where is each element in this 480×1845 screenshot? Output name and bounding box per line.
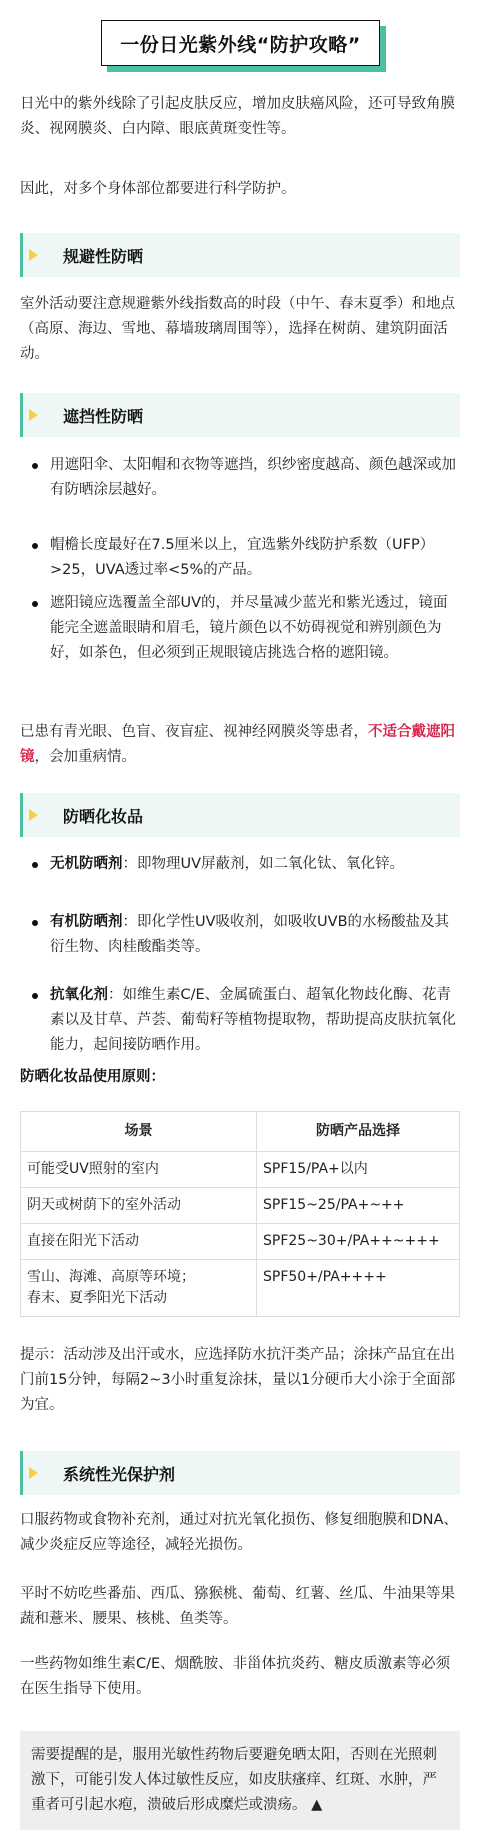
term-label: 无机防晒剂: [50, 856, 123, 872]
paragraph-text: 平时不妨吃些番茄、西瓜、猕猴桃、葡萄、红薯、丝瓜、牛油果等果蔬和薏米、腰果、核桃…: [20, 1582, 460, 1632]
warning-text: 已患有青光眼、色盲、夜盲症、视神经网膜炎等患者，: [20, 724, 368, 740]
list-item: 帽檐长度最好在7.5厘米以上，宜选紫外线防护系数（UFP）>25，UVA透过率<…: [20, 533, 460, 583]
section-heading-text: 规避性防晒: [63, 244, 143, 267]
sunscreen-usage-table: 场景 防晒产品选择 可能受UV照射的室内 SPF15/PA+以内 阴天或树荫下的…: [20, 1111, 460, 1317]
list-item: 无机防晒剂：即物理UV屏蔽剂，如二氧化钛、氧化锌。: [20, 852, 460, 877]
sunscreen-table-wrapper: 场景 防晒产品选择 可能受UV照射的室内 SPF15/PA+以内 阴天或树荫下的…: [20, 1111, 460, 1317]
list-item: 抗氧化剂：如维生素C/E、金属硫蛋白、超氧化物歧化酶、花青素以及甘草、芦荟、葡萄…: [20, 983, 460, 1058]
table-header-row: 场景 防晒产品选择: [21, 1112, 460, 1152]
triangle-marker-icon: [29, 809, 38, 821]
bullet-dot-icon: [32, 862, 38, 868]
table-cell: 可能受UV照射的室内: [21, 1152, 257, 1188]
cosmetics-bullet-2: 有机防晒剂：即化学性UV吸收剂，如吸收UVB的水杨酸盐及其衍生物、肉桂酸酯类等。: [20, 910, 460, 960]
table-row: 阴天或树荫下的室外活动 SPF15~25/PA+~++: [21, 1188, 460, 1224]
intro-text-2: 因此，对多个身体部位都要进行科学防护。: [20, 177, 460, 202]
table-cell: 雪山、海滩、高原等环境；春末、夏季阳光下活动: [21, 1260, 257, 1317]
intro-text-1: 日光中的紫外线除了引起皮肤反应，增加皮肤癌风险，还可导致角膜炎、视网膜炎、白内障…: [20, 92, 460, 142]
intro-paragraph-1: 日光中的紫外线除了引起皮肤反应，增加皮肤癌风险，还可导致角膜炎、视网膜炎、白内障…: [20, 92, 460, 142]
table-cell: 阴天或树荫下的室外活动: [21, 1188, 257, 1224]
article-title: 一份日光紫外线“防护攻略”: [101, 20, 380, 66]
table-cell: SPF15/PA+以内: [257, 1152, 460, 1188]
end-triangle-icon: ▲: [311, 1797, 322, 1813]
table-row: 雪山、海滩、高原等环境；春末、夏季阳光下活动 SPF50+/PA++++: [21, 1260, 460, 1317]
systemic-paragraph-1: 口服药物或食物补充剂，通过对抗光氧化损伤、修复细胞膜和DNA、减少炎症反应等途径…: [20, 1508, 460, 1558]
bullet-dot-icon: [32, 993, 38, 999]
bullet-dot-icon: [32, 601, 38, 607]
section-heading-avoidance: 规避性防晒: [20, 233, 460, 277]
bullet-dot-icon: [32, 920, 38, 926]
tip-text: 提示：活动涉及出汗或水，应选择防水抗汗类产品；涂抹产品宜在出门前15分钟，每隔2…: [20, 1343, 460, 1418]
blocking-bullet-list-2: 帽檐长度最好在7.5厘米以上，宜选紫外线防护系数（UFP）>25，UVA透过率<…: [20, 533, 460, 583]
table-title: 防晒化妆品使用原则：: [20, 1065, 460, 1090]
term-description: ：如维生素C/E、金属硫蛋白、超氧化物歧化酶、花青素以及甘草、芦荟、葡萄籽等植物…: [50, 987, 456, 1053]
list-item: 遮阳镜应选覆盖全部UV的，并尽量减少蓝光和紫光透过，镜面能完全遮盖眼睛和眉毛，镜…: [20, 591, 460, 666]
article-title-banner: 一份日光紫外线“防护攻略”: [101, 20, 380, 66]
term-label: 有机防晒剂: [50, 914, 123, 930]
section-avoidance-body: 室外活动要注意规避紫外线指数高的时段（中午、春末夏季）和地点（高原、海边、雪地、…: [20, 292, 460, 367]
systemic-paragraph-3: 一些药物如维生素C/E、烟酰胺、非甾体抗炎药、糖皮质激素等必须在医生指导下使用。: [20, 1652, 460, 1702]
intro-paragraph-2: 因此，对多个身体部位都要进行科学防护。: [20, 177, 460, 202]
list-item-text: 帽檐长度最好在7.5厘米以上，宜选紫外线防护系数（UFP）>25，UVA透过率<…: [50, 537, 434, 578]
table-cell: SPF15~25/PA+~++: [257, 1188, 460, 1224]
cosmetics-bullet-1: 无机防晒剂：即物理UV屏蔽剂，如二氧化钛、氧化锌。: [20, 852, 460, 877]
list-item-text: 用遮阳伞、太阳帽和衣物等遮挡，织纱密度越高、颜色越深或加有防晒涂层越好。: [50, 457, 456, 498]
photosensitivity-note: 需要提醒的是，服用光敏性药物后要避免晒太阳，否则在光照刺激下，可能引发人体过敏性…: [20, 1731, 460, 1830]
table-header-product: 防晒产品选择: [257, 1112, 460, 1152]
note-text: 需要提醒的是，服用光敏性药物后要避免晒太阳，否则在光照刺激下，可能引发人体过敏性…: [31, 1747, 437, 1813]
table-row: 可能受UV照射的室内 SPF15/PA+以内: [21, 1152, 460, 1188]
cosmetics-bullet-3: 抗氧化剂：如维生素C/E、金属硫蛋白、超氧化物歧化酶、花青素以及甘草、芦荟、葡萄…: [20, 983, 460, 1058]
bullet-dot-icon: [32, 463, 38, 469]
table-cell: 直接在阳光下活动: [21, 1224, 257, 1260]
section-heading-text: 防晒化妆品: [63, 804, 143, 827]
triangle-marker-icon: [29, 1467, 38, 1479]
section-heading-text: 遮挡性防晒: [63, 404, 143, 427]
section-heading-cosmetics: 防晒化妆品: [20, 793, 460, 837]
sunglasses-warning: 已患有青光眼、色盲、夜盲症、视神经网膜炎等患者，不适合戴遮阳镜，会加重病情。: [20, 720, 460, 770]
bullet-dot-icon: [32, 543, 38, 549]
blocking-bullet-list: 用遮阳伞、太阳帽和衣物等遮挡，织纱密度越高、颜色越深或加有防晒涂层越好。: [20, 453, 460, 503]
section-body-text: 室外活动要注意规避紫外线指数高的时段（中午、春末夏季）和地点（高原、海边、雪地、…: [20, 292, 460, 367]
section-heading-systemic: 系统性光保护剂: [20, 1451, 460, 1495]
systemic-paragraph-2: 平时不妨吃些番茄、西瓜、猕猴桃、葡萄、红薯、丝瓜、牛油果等果蔬和薏米、腰果、核桃…: [20, 1582, 460, 1632]
table-row: 直接在阳光下活动 SPF25~30+/PA++~+++: [21, 1224, 460, 1260]
paragraph-text: 口服药物或食物补充剂，通过对抗光氧化损伤、修复细胞膜和DNA、减少炎症反应等途径…: [20, 1508, 460, 1558]
section-heading-text: 系统性光保护剂: [63, 1462, 175, 1485]
term-description: ：即物理UV屏蔽剂，如二氧化钛、氧化锌。: [123, 856, 405, 872]
triangle-marker-icon: [29, 249, 38, 261]
blocking-bullet-list-3: 遮阳镜应选覆盖全部UV的，并尽量减少蓝光和紫光透过，镜面能完全遮盖眼睛和眉毛，镜…: [20, 591, 460, 666]
warning-text-suffix: ，会加重病情。: [35, 749, 137, 765]
list-item: 有机防晒剂：即化学性UV吸收剂，如吸收UVB的水杨酸盐及其衍生物、肉桂酸酯类等。: [20, 910, 460, 960]
triangle-marker-icon: [29, 409, 38, 421]
term-label: 抗氧化剂: [50, 987, 108, 1003]
table-cell: SPF25~30+/PA++~+++: [257, 1224, 460, 1260]
paragraph-text: 一些药物如维生素C/E、烟酰胺、非甾体抗炎药、糖皮质激素等必须在医生指导下使用。: [20, 1652, 460, 1702]
section-heading-blocking: 遮挡性防晒: [20, 393, 460, 437]
table-cell: SPF50+/PA++++: [257, 1260, 460, 1317]
sunscreen-tip: 提示：活动涉及出汗或水，应选择防水抗汗类产品；涂抹产品宜在出门前15分钟，每隔2…: [20, 1343, 460, 1418]
list-item-text: 遮阳镜应选覆盖全部UV的，并尽量减少蓝光和紫光透过，镜面能完全遮盖眼睛和眉毛，镜…: [50, 595, 448, 661]
table-header-scene: 场景: [21, 1112, 257, 1152]
list-item: 用遮阳伞、太阳帽和衣物等遮挡，织纱密度越高、颜色越深或加有防晒涂层越好。: [20, 453, 460, 503]
cell-line-2: 春末、夏季阳光下活动: [27, 1288, 250, 1309]
cell-line-1: 雪山、海滩、高原等环境；: [27, 1267, 250, 1288]
